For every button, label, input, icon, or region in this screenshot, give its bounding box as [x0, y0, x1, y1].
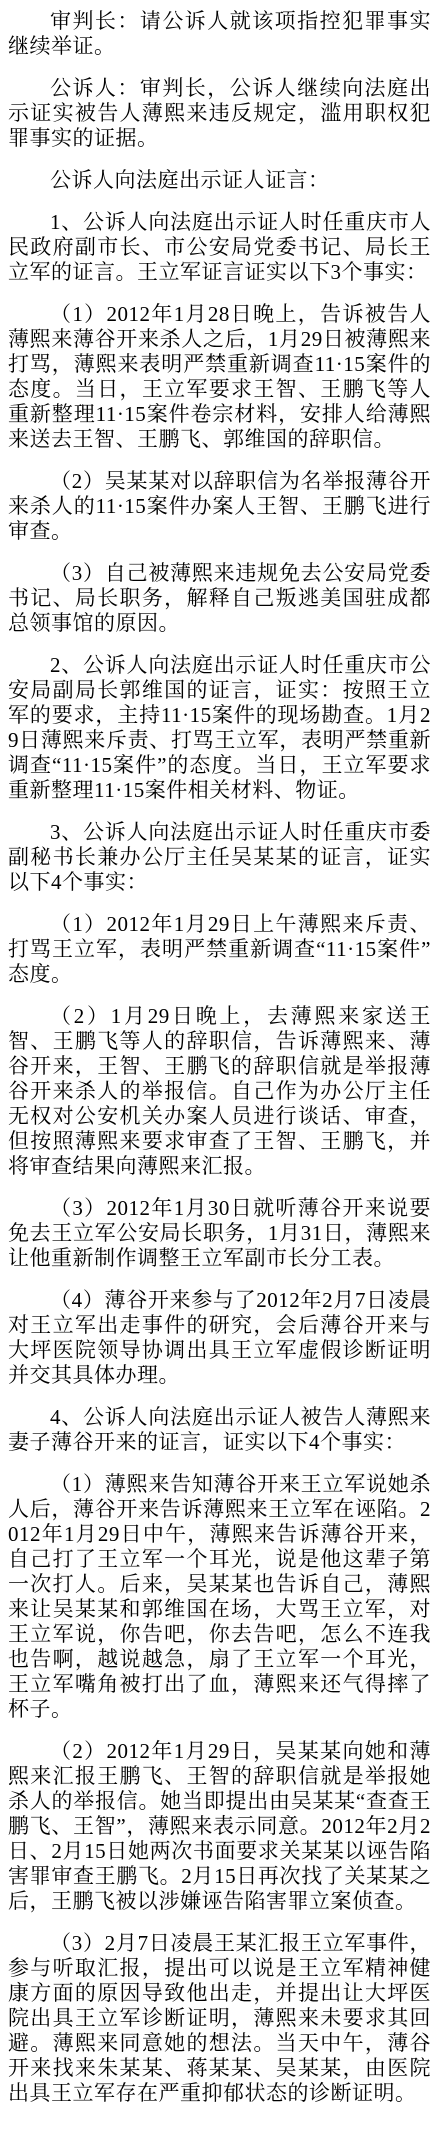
paragraph: （1）薄熙来告知薄谷开来王立军说她杀人后，薄谷开来告诉薄熙来王立军在诬陷。201…	[8, 1472, 431, 1722]
court-transcript-page: 审判长：请公诉人就该项指控犯罪事实继续举证。公诉人：审判长，公诉人继续向法庭出示…	[0, 0, 440, 2152]
paragraph: 审判长：请公诉人就该项指控犯罪事实继续举证。	[8, 9, 431, 59]
paragraph: 1、公诉人向法庭出示证人时任重庆市人民政府副市长、市公安局党委书记、局长王立军的…	[8, 210, 431, 285]
paragraph: （4）薄谷开来参与了2012年2月7日凌晨对王立军出走事件的研究，会后薄谷开来与…	[8, 1288, 431, 1388]
paragraph: （3）2012年1月30日就听薄谷开来说要免去王立军公安局长职务，1月31日，薄…	[8, 1196, 431, 1271]
paragraph: （1）2012年1月29日上午薄熙来斥责、打骂王立军，表明严禁重新调查“11·1…	[8, 912, 431, 987]
paragraph: 2、公诉人向法庭出示证人时任重庆市公安局副局长郭维国的证言，证实：按照王立军的要…	[8, 653, 431, 803]
paragraph: 公诉人向法庭出示证人证言：	[8, 168, 431, 193]
paragraph: 3、公诉人向法庭出示证人时任重庆市委副秘书长兼办公厅主任吴某某的证言，证实以下4…	[8, 820, 431, 895]
paragraph: 4、公诉人向法庭出示证人被告人薄熙来妻子薄谷开来的证言，证实以下4个事实：	[8, 1405, 431, 1455]
paragraph: （3）自己被薄熙来违规免去公安局党委书记、局长职务，解释自己叛逃美国驻成都总领事…	[8, 561, 431, 636]
paragraph: （2）2012年1月29日，吴某某向她和薄熙来汇报王鹏飞、王智的辞职信就是举报她…	[8, 1739, 431, 1914]
paragraph: （2）吴某某对以辞职信为名举报薄谷开来杀人的11·15案件办案人王智、王鹏飞进行…	[8, 469, 431, 544]
document-body: 审判长：请公诉人就该项指控犯罪事实继续举证。公诉人：审判长，公诉人继续向法庭出示…	[8, 9, 431, 2106]
paragraph: 公诉人：审判长，公诉人继续向法庭出示证实被告人薄熙来违反规定，滥用职权犯罪事实的…	[8, 76, 431, 151]
paragraph: （1）2012年1月28日晚上，告诉被告人薄熙来薄谷开来杀人之后，1月29日被薄…	[8, 302, 431, 452]
paragraph: （3）2月7日凌晨王某汇报王立军事件，参与听取汇报，提出可以说是王立军精神健康方…	[8, 1931, 431, 2106]
paragraph: （2）1月29日晚上，去薄熙来家送王智、王鹏飞等人的辞职信，告诉薄熙来、薄谷开来…	[8, 1004, 431, 1179]
